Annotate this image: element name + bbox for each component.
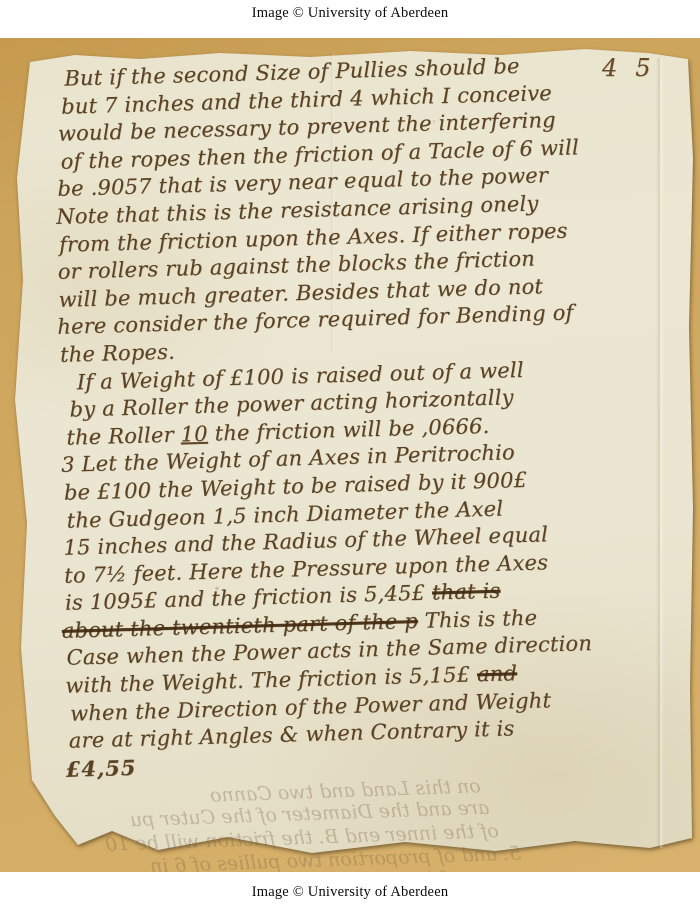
- handwritten-text: the Ropes.: [60, 340, 175, 367]
- copyright-caption-bottom: Image © University of Aberdeen: [0, 884, 700, 901]
- handwritten-text: £4,55: [65, 755, 136, 782]
- manuscript-text: But if the second Size of Pullies should…: [50, 49, 685, 783]
- struck-text: and: [477, 661, 518, 686]
- manuscript-scan: on this Land and two Cannoare and the Di…: [0, 38, 700, 872]
- struck-text: that is: [432, 579, 501, 605]
- handwritten-text: This is the: [418, 605, 538, 632]
- handwritten-text: the Roller: [66, 422, 181, 449]
- copyright-caption-top: Image © University of Aberdeen: [0, 5, 700, 22]
- handwritten-text: 10: [180, 421, 208, 446]
